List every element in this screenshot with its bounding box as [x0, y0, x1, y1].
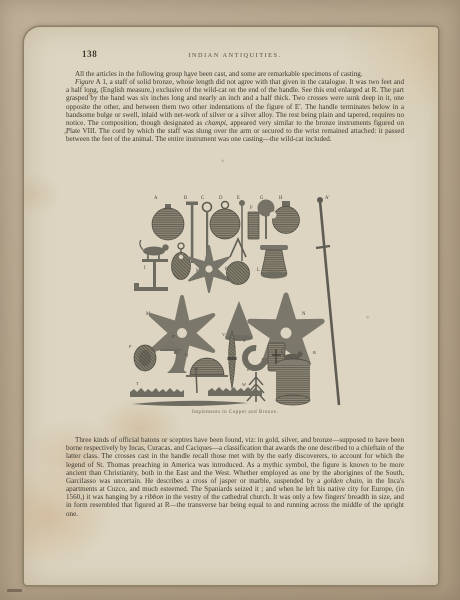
label-c: C	[201, 196, 204, 201]
label-l: L	[257, 268, 260, 273]
figure-item-spool-l	[260, 245, 288, 279]
figure-item-serrated-bar-t	[130, 388, 184, 397]
figure-item-blade	[132, 401, 248, 406]
label-h: H	[279, 196, 283, 201]
label-a: A	[154, 196, 158, 201]
figure-item-sling-k	[227, 239, 250, 285]
figure-item-nugget-p	[134, 345, 156, 371]
figure-caption: Implements in Copper and Bronze.	[66, 410, 404, 415]
paragraph-figure-a1: Figure A 1, a staff of solid bronze, who…	[66, 78, 404, 143]
body-text: All the articles in the following group …	[66, 70, 404, 143]
engraving-figure: A B C D E F G H A′	[126, 191, 364, 409]
label-i: I	[144, 266, 146, 271]
label-t: T	[136, 381, 139, 386]
mat-credit-mark	[7, 589, 22, 592]
engraving-svg: A B C D E F G H A′	[126, 191, 364, 409]
label-d: D	[219, 196, 223, 201]
label-p: P	[129, 344, 132, 349]
figure-item-disc-d	[210, 202, 240, 240]
label-f: F	[250, 206, 253, 211]
figure-item-serrated-bar-w	[208, 387, 262, 396]
champi-word-italic: champi	[205, 119, 226, 127]
figure-item-star-mace-n	[250, 295, 322, 364]
figure-item-bracelet-s	[245, 348, 265, 368]
figure-item-dome-q	[186, 358, 228, 377]
label-b: B	[184, 196, 187, 201]
figure-item-mirror-g	[258, 200, 275, 240]
label-e: E	[237, 196, 240, 201]
figure-item-pendant-j	[172, 243, 191, 280]
book-page: 138 INDIAN ANTIQUITIES. All the articles…	[24, 27, 438, 585]
label-a-prime: A′	[325, 196, 330, 201]
running-header: INDIAN ANTIQUITIES.	[66, 52, 404, 59]
label-n: N	[302, 312, 306, 317]
paragraph-batons: Three kinds of official batons or sceptr…	[66, 436, 404, 518]
paragraph-intro-text: All the articles in the following group …	[75, 70, 363, 78]
figure-item-staff-a-prime	[316, 197, 339, 405]
ribbon-italic: ribbon	[145, 493, 164, 501]
label-w: W	[242, 382, 247, 387]
figure-item-wildcat-standard-i	[134, 240, 169, 291]
label-q: Q	[185, 352, 189, 357]
figure-item-plate-f	[248, 212, 259, 239]
figure-item-disc-a	[152, 204, 184, 240]
figure-item-fir-cross-e-prime	[247, 372, 265, 402]
golden-chain-italic: golden chain	[324, 477, 362, 485]
label-r: R	[313, 350, 316, 355]
label-p-prime: P′	[172, 334, 175, 339]
figure-item-pin-b	[186, 202, 198, 264]
paragraph-intro: All the articles in the following group …	[66, 70, 404, 78]
figure-word-italic: Figure	[75, 78, 94, 86]
